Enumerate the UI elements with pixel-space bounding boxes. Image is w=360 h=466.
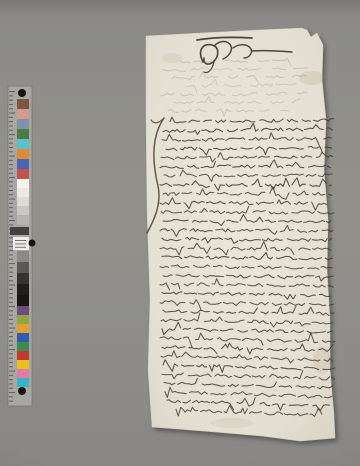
patch-dark-bar	[10, 227, 29, 235]
patch-gray-step-1	[17, 188, 29, 197]
patch-white	[17, 179, 29, 188]
top-dot	[18, 89, 26, 97]
middle-dot	[29, 240, 36, 247]
patch-brown	[17, 99, 29, 109]
photo-canvas	[0, 0, 360, 466]
manuscript-page	[146, 28, 335, 441]
patch-pink	[17, 369, 29, 378]
patch-charcoal	[17, 273, 29, 284]
patch-green	[17, 129, 29, 139]
color-calibration-strip	[8, 86, 36, 406]
bottom-dot	[18, 387, 26, 395]
patch-blue	[17, 159, 29, 169]
strip-label-microtext	[15, 247, 26, 248]
patch-dark-gray	[17, 262, 29, 273]
strip-label-microtext	[15, 243, 26, 244]
patch-yellow	[17, 360, 29, 369]
patch-slate-blue	[17, 119, 29, 129]
patch-gray-step-2	[17, 197, 29, 206]
patch-blue-2	[17, 333, 29, 342]
patch-near-black	[17, 284, 29, 295]
patch-gray-step-3	[17, 206, 29, 215]
patch-mid-gray	[17, 251, 29, 262]
patch-amber	[17, 324, 29, 333]
patch-gray-step-4	[17, 215, 29, 225]
patch-red	[17, 169, 29, 179]
patch-orange	[17, 149, 29, 159]
strip-label-microtext	[15, 240, 26, 241]
archival-photo	[0, 0, 360, 466]
patch-purple	[17, 306, 29, 315]
patch-red-2	[17, 351, 29, 360]
patch-cyan	[17, 139, 29, 149]
patch-salmon	[17, 109, 29, 119]
patch-cyan-2	[17, 378, 29, 387]
patch-green-2	[17, 342, 29, 351]
patch-black	[17, 295, 29, 306]
patch-yellow-green	[17, 315, 29, 324]
